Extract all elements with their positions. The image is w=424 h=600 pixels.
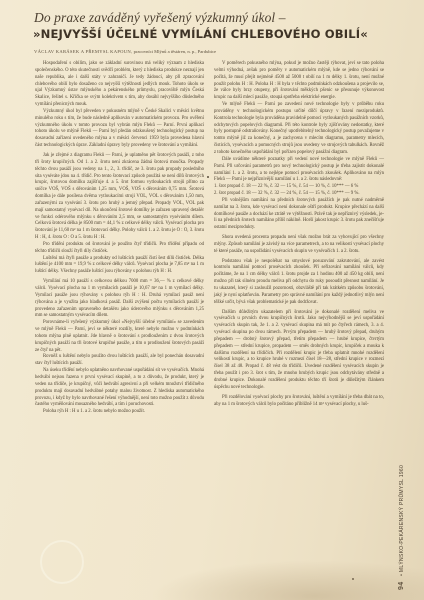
list-item: 2. šrot propad č. 18 — 32 %, č. 32 — 24 … bbox=[214, 191, 384, 198]
paragraph: V poměrech pokusného mlýna, pokud je mož… bbox=[214, 61, 384, 102]
paragraph: Poloha rýh H : H u 1. a 2. šrotu nebylo … bbox=[35, 409, 204, 416]
paragraph: Porovnáme-li vyřešený výzkumný úkol »Nej… bbox=[35, 320, 204, 354]
paragraph: Podstatou však je nespoléhat na smyslové… bbox=[214, 259, 384, 307]
margin-dot bbox=[207, 176, 209, 178]
paragraph: Dalším důležitým ukazatelem při šrotován… bbox=[214, 310, 384, 392]
paragraph: Vymílání má 10 pasáží s celkovou délkou … bbox=[35, 279, 204, 320]
paragraph: Hospodaření s obilím, jako se základní s… bbox=[35, 61, 204, 109]
paper-stain bbox=[150, 560, 424, 600]
left-column: Hospodaření s obilím, jako se základní s… bbox=[35, 61, 204, 416]
paragraph: Shora uvedená procenta propadu není však… bbox=[214, 235, 384, 256]
paragraph: Rovněž u luštění nebylo použito dvou luš… bbox=[35, 354, 204, 368]
article-title: »NEJVYŠŠÍ ÚČELNÉ VYMÍLÁNÍ CHLEBOVÉHO OBI… bbox=[33, 27, 368, 41]
list-item: 1. šrot propad č. 18 — 22 %, č. 32 — 15 … bbox=[214, 184, 384, 191]
authors: VÁCLAV KARÁSEK a PŘEMYSL KAPOUN, bbox=[34, 49, 132, 54]
paper-mark bbox=[40, 540, 84, 584]
right-column: V poměrech pokusného mlýna, pokud je mož… bbox=[214, 61, 384, 408]
paragraph: Dále uvádíme některé poznatky při vedení… bbox=[214, 157, 384, 184]
paragraph: Na úseku třídění nebylo uplatněno navrho… bbox=[35, 368, 204, 409]
paragraph: Jak je zřejmé z diagramu Fleků — Parní, … bbox=[35, 153, 204, 242]
paragraph: Při volnějším namílání na předních šroto… bbox=[214, 198, 384, 232]
paragraph: Pro třídění produktu od šrotování je pou… bbox=[35, 242, 204, 256]
paragraph: Výzkumný úkol byl převeden v pokusném ml… bbox=[35, 109, 204, 150]
paragraph: Ve mlýně Fleků — Parní po zavedení nové … bbox=[214, 102, 384, 157]
journal-name: MLÝNSKO-PEKÁRENSKÝ PRŮMYSL 1960 bbox=[399, 465, 405, 572]
article-byline: VÁCLAV KARÁSEK a PŘEMYSL KAPOUN, pracovn… bbox=[34, 49, 216, 54]
paragraph: Při rozdělování vysévací plochy pro šrot… bbox=[214, 395, 384, 409]
article-kicker: Do praxe zaváděný vyřešený výzkumný úkol… bbox=[34, 10, 286, 26]
paragraph: Luštění má čtyři pasáže a produkty od lu… bbox=[35, 256, 204, 277]
magazine-page: Do praxe zaváděný vyřešený výzkumný úkol… bbox=[0, 0, 424, 600]
affiliation: pracovníci Mlýnů a těstáren, n. p., Pard… bbox=[134, 49, 216, 54]
